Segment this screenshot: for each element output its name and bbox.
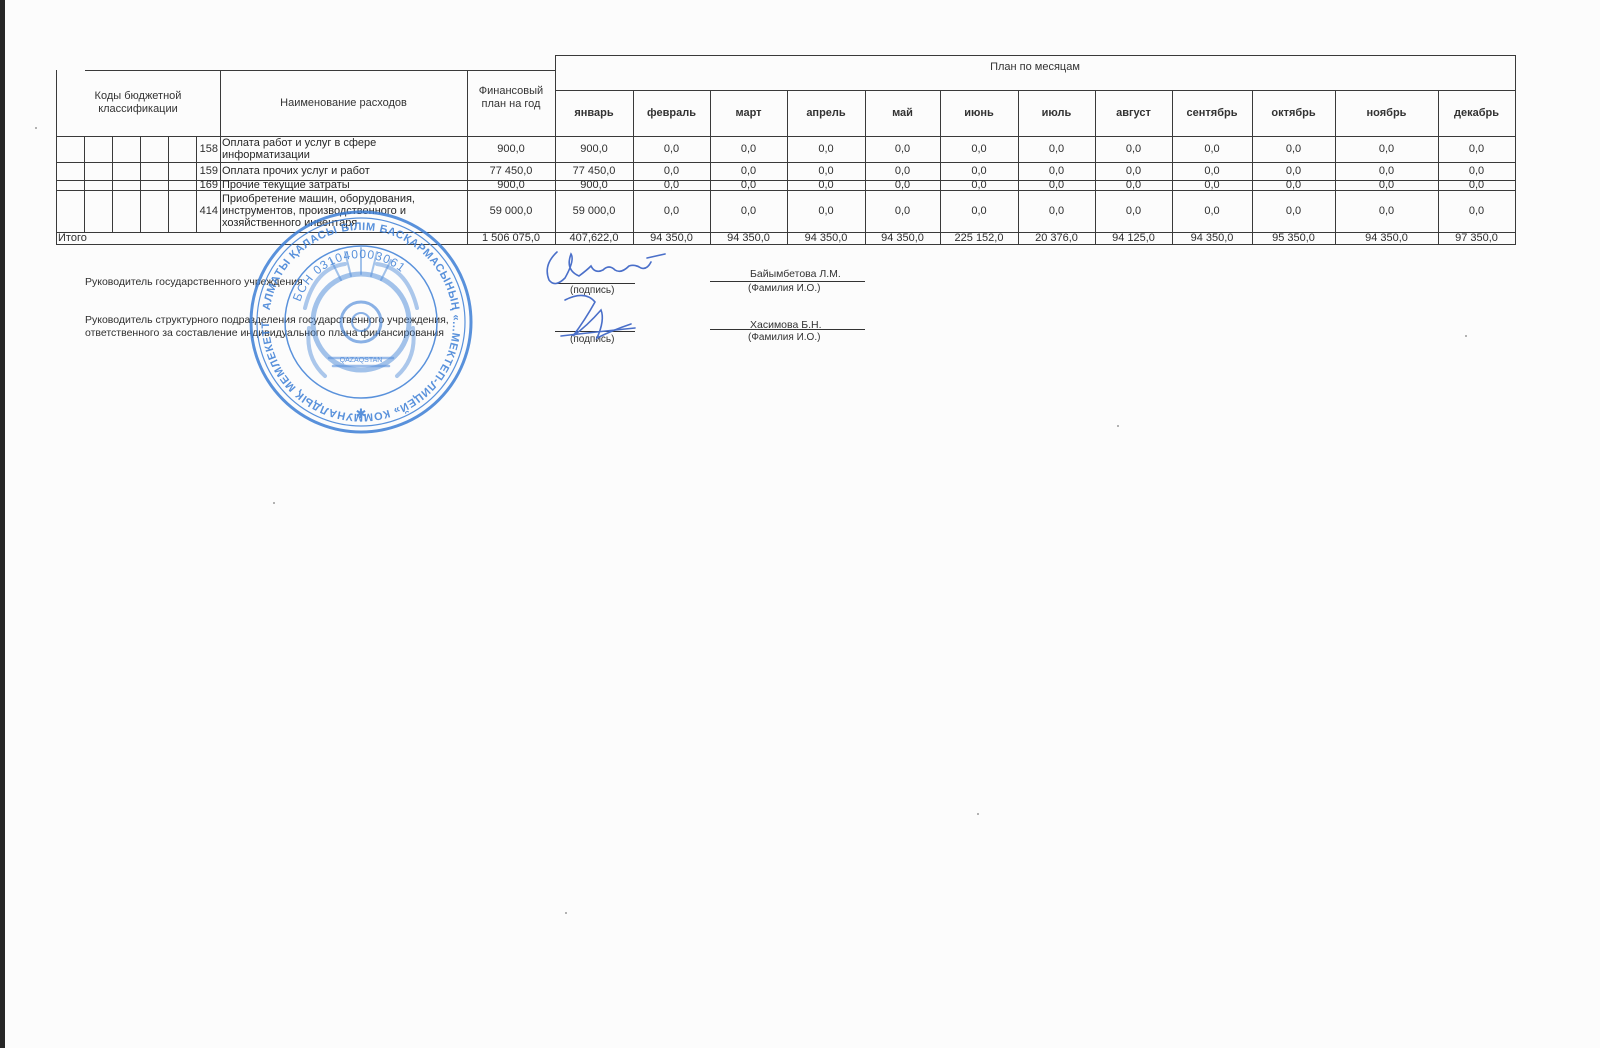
row-month-value: 0,0 (1335, 190, 1438, 232)
row-month-value: 0,0 (787, 162, 865, 180)
row-month-value: 0,0 (710, 190, 787, 232)
total-label: Итого (58, 232, 87, 244)
name-line (710, 281, 865, 282)
row-month-value: 0,0 (1172, 136, 1252, 162)
row-annual: 900,0 (467, 136, 555, 162)
row-name-line: Прочие текущие затраты (222, 179, 350, 191)
row-month-value: 0,0 (940, 136, 1018, 162)
header-month-11: декабрь (1438, 90, 1515, 136)
row-month-value: 900,0 (555, 136, 633, 162)
row-month-value: 0,0 (1252, 162, 1335, 180)
row-month-value: 0,0 (1018, 180, 1095, 190)
row-month-value: 0,0 (865, 162, 940, 180)
row-code: 159 (196, 162, 220, 180)
row-month-value: 900,0 (555, 180, 633, 190)
table-rule (168, 136, 169, 232)
handwritten-signature-icon (535, 240, 675, 355)
total-month-value: 97 350,0 (1438, 232, 1515, 244)
total-month-value: 95 350,0 (1252, 232, 1335, 244)
name-caption: (Фамилия И.О.) (748, 283, 820, 294)
row-month-value: 0,0 (1172, 162, 1252, 180)
total-month-value: 94 350,0 (865, 232, 940, 244)
row-month-value: 0,0 (710, 162, 787, 180)
row-name-line: хозяйственного инвентаря (222, 217, 415, 229)
row-month-value: 0,0 (633, 190, 710, 232)
signer-role: Руководитель структурного подразделения … (85, 314, 449, 327)
row-month-value: 0,0 (1438, 162, 1515, 180)
row-month-value: 0,0 (710, 136, 787, 162)
row-name-line: Оплата прочих услуг и работ (222, 165, 370, 177)
row-month-value: 0,0 (1095, 190, 1172, 232)
svg-text:БСН 031040003061: БСН 031040003061 (290, 247, 409, 303)
row-month-value: 0,0 (1335, 180, 1438, 190)
header-month-9: октябрь (1252, 90, 1335, 136)
row-month-value: 0,0 (1172, 190, 1252, 232)
row-month-value: 0,0 (787, 190, 865, 232)
document-page: Коды бюджетной классификацииНаименование… (5, 0, 1600, 1048)
header-month-10: ноябрь (1335, 90, 1438, 136)
header-month-1: февраль (633, 90, 710, 136)
name-line (710, 329, 865, 330)
total-month-value: 94 350,0 (1335, 232, 1438, 244)
row-annual: 59 000,0 (467, 190, 555, 232)
total-month-value: 94 350,0 (1172, 232, 1252, 244)
row-name-line: Оплата работ и услуг в сфере (222, 137, 376, 149)
row-code: 169 (196, 180, 220, 190)
row-month-value: 0,0 (940, 180, 1018, 190)
header-month-4: май (865, 90, 940, 136)
row-name: Прочие текущие затраты (222, 179, 350, 191)
row-month-value: 0,0 (1438, 136, 1515, 162)
row-month-value: 0,0 (1095, 162, 1172, 180)
total-month-value: 94 350,0 (710, 232, 787, 244)
row-month-value: 0,0 (1252, 190, 1335, 232)
header-month-2: март (710, 90, 787, 136)
row-month-value: 0,0 (787, 136, 865, 162)
svg-text:QAZAQSTAN: QAZAQSTAN (340, 357, 383, 364)
header-name: Наименование расходов (220, 70, 467, 136)
row-month-value: 0,0 (1335, 136, 1438, 162)
row-month-value: 0,0 (940, 162, 1018, 180)
row-month-value: 0,0 (865, 190, 940, 232)
signer-name: Байымбетова Л.М. (750, 268, 841, 280)
total-month-value: 94 125,0 (1095, 232, 1172, 244)
header-monthly-plan: План по месяцам (555, 55, 1515, 80)
row-name-line: Приобретение машин, оборудования, (222, 193, 415, 205)
row-code: 414 (196, 190, 220, 232)
header-month-5: июнь (940, 90, 1018, 136)
row-month-value: 0,0 (633, 136, 710, 162)
row-month-value: 0,0 (1018, 162, 1095, 180)
header-month-0: январь (555, 90, 633, 136)
row-month-value: 0,0 (865, 136, 940, 162)
row-month-value: 0,0 (1172, 180, 1252, 190)
row-name-line: информатизации (222, 149, 376, 161)
header-month-8: сентябрь (1172, 90, 1252, 136)
row-month-value: 0,0 (1252, 180, 1335, 190)
header-month-7: август (1095, 90, 1172, 136)
total-month-value: 94 350,0 (787, 232, 865, 244)
header-month-3: апрель (787, 90, 865, 136)
row-name-line: инструментов, производственного и (222, 205, 415, 217)
row-code: 158 (196, 136, 220, 162)
row-month-value: 0,0 (940, 190, 1018, 232)
header-annual-plan: Финансовый план на год (467, 70, 555, 126)
row-name: Приобретение машин, оборудования,инструм… (222, 193, 415, 229)
total-month-value: 20 376,0 (1018, 232, 1095, 244)
row-month-value: 0,0 (787, 180, 865, 190)
row-month-value: 0,0 (1438, 190, 1515, 232)
row-name: Оплата работ и услуг в сфереинформатизац… (222, 137, 376, 161)
row-month-value: 0,0 (710, 180, 787, 190)
svg-text:✱: ✱ (356, 406, 367, 421)
row-month-value: 0,0 (1018, 190, 1095, 232)
row-month-value: 0,0 (1438, 180, 1515, 190)
row-month-value: 77 450,0 (555, 162, 633, 180)
table-rule (220, 136, 221, 232)
row-month-value: 0,0 (1252, 136, 1335, 162)
table-rule (140, 136, 141, 232)
row-month-value: 0,0 (1018, 136, 1095, 162)
header-codes: Коды бюджетной классификации (56, 70, 220, 136)
row-month-value: 0,0 (633, 180, 710, 190)
row-annual: 77 450,0 (467, 162, 555, 180)
row-month-value: 0,0 (633, 162, 710, 180)
table-rule (84, 136, 85, 232)
header-month-6: июль (1018, 90, 1095, 136)
row-month-value: 0,0 (1335, 162, 1438, 180)
table-rule (1515, 55, 1516, 244)
row-month-value: 0,0 (1095, 136, 1172, 162)
row-month-value: 59 000,0 (555, 190, 633, 232)
row-annual: 900,0 (467, 180, 555, 190)
name-caption: (Фамилия И.О.) (748, 332, 820, 343)
row-month-value: 0,0 (865, 180, 940, 190)
total-month-value: 225 152,0 (940, 232, 1018, 244)
signer-role: Руководитель государственного учреждения (85, 276, 303, 289)
row-month-value: 0,0 (1095, 180, 1172, 190)
row-name: Оплата прочих услуг и работ (222, 165, 370, 177)
table-rule (112, 136, 113, 232)
signer-role: ответственного за составление индивидуал… (85, 327, 444, 340)
